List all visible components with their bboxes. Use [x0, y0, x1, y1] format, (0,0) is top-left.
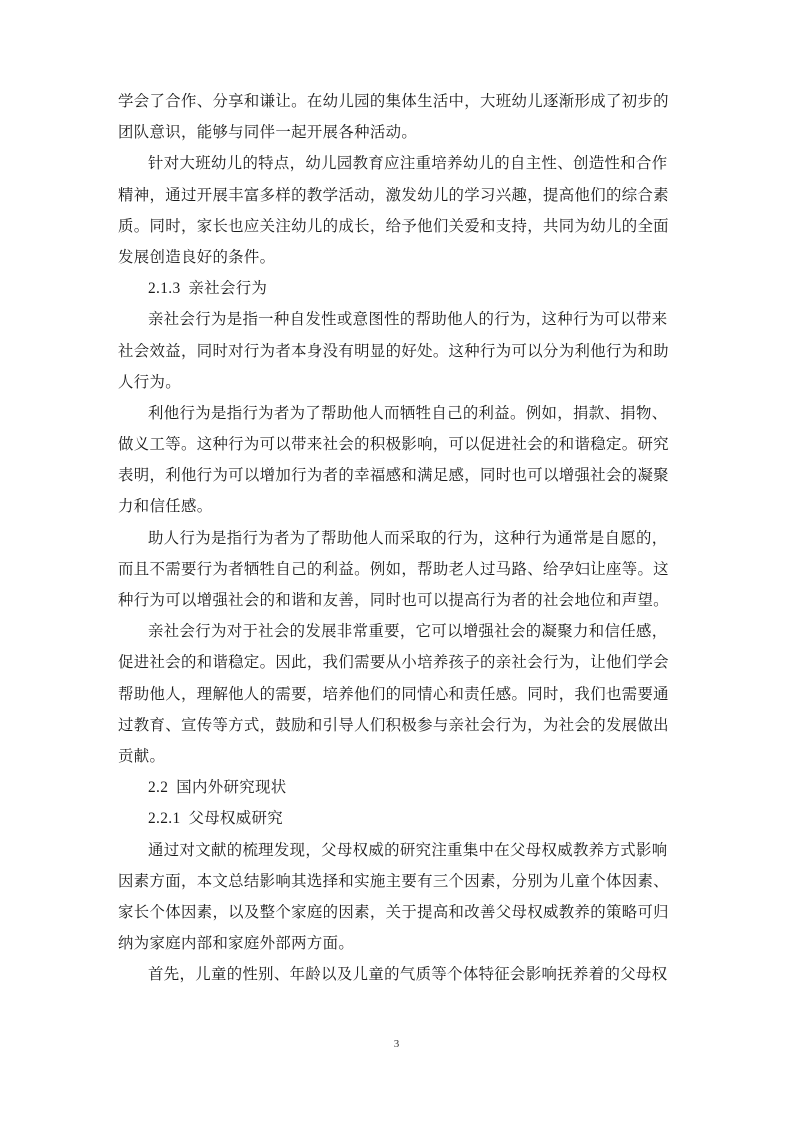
line-21: 贡献。: [118, 741, 678, 772]
line-7: 亲社会行为是指一种自发性或意图性的帮助他人的行为，这种行为可以带来: [118, 304, 678, 335]
section-heading-2-2-1: 2.2.1父母权威研究: [118, 803, 678, 834]
line-0: 学会了合作、分享和谦让。在幼儿园的集体生活中，大班幼儿逐渐形成了初步的: [118, 86, 678, 117]
line-10: 利他行为是指行为者为了帮助他人而牺牲自己的利益。例如，捐款、捐物、: [118, 398, 678, 429]
line-9: 人行为。: [118, 367, 678, 398]
line-12: 表明，利他行为可以增加行为者的幸福感和满足感，同时也可以增强社会的凝聚: [118, 460, 678, 491]
line-18: 促进社会的和谐稳定。因此，我们需要从小培养孩子的亲社会行为，让他们学会: [118, 647, 678, 678]
line-26: 家长个体因素，以及整个家庭的因素，关于提高和改善父母权威教养的策略可归: [118, 897, 678, 928]
line-24: 通过对文献的梳理发现，父母权威的研究注重集中在父母权威教养方式影响: [118, 835, 678, 866]
line-27: 纳为家庭内部和家庭外部两方面。: [118, 928, 678, 959]
line-16: 种行为可以增强社会的和谐和友善，同时也可以提高行为者的社会地位和声望。: [118, 585, 678, 616]
line-5: 发展创造良好的条件。: [118, 242, 678, 273]
line-25: 因素方面，本文总结影响其选择和实施主要有三个因素，分别为儿童个体因素、: [118, 866, 678, 897]
section-title: 亲社会行为: [189, 279, 268, 297]
section-heading-2-1-3: 2.1.3亲社会行为: [118, 273, 678, 304]
line-15: 而且不需要行为者牺牲自己的利益。例如，帮助老人过马路、给孕妇让座等。这: [118, 554, 678, 585]
line-28: 首先，儿童的性别、年龄以及儿童的气质等个体特征会影响抚养着的父母权: [118, 959, 678, 990]
section-number: 2.2: [148, 779, 168, 796]
section-title: 国内外研究现状: [176, 778, 286, 796]
section-number: 2.1.3: [148, 280, 181, 297]
line-17: 亲社会行为对于社会的发展非常重要，它可以增强社会的凝聚力和信任感，: [118, 616, 678, 647]
line-4: 质。同时，家长也应关注幼儿的成长，给予他们关爱和支持，共同为幼儿的全面: [118, 211, 678, 242]
line-20: 过教育、宣传等方式，鼓励和引导人们积极参与亲社会行为，为社会的发展做出: [118, 710, 678, 741]
section-heading-2-2: 2.2国内外研究现状: [118, 772, 678, 803]
line-2: 针对大班幼儿的特点，幼儿园教育应注重培养幼儿的自主性、创造性和合作: [118, 148, 678, 179]
document-page: 学会了合作、分享和谦让。在幼儿园的集体生活中，大班幼儿逐渐形成了初步的 团队意识…: [118, 86, 678, 990]
line-3: 精神，通过开展丰富多样的教学活动，激发幼儿的学习兴趣，提高他们的综合素: [118, 180, 678, 211]
line-19: 帮助他人，理解他人的需要，培养他们的同情心和责任感。同时，我们也需要通: [118, 679, 678, 710]
section-title: 父母权威研究: [189, 809, 283, 827]
section-number: 2.2.1: [148, 810, 181, 827]
line-13: 力和信任感。: [118, 491, 678, 522]
line-8: 社会效益，同时对行为者本身没有明显的好处。这种行为可以分为利他行为和助: [118, 336, 678, 367]
line-1: 团队意识，能够与同伴一起开展各种活动。: [118, 117, 678, 148]
page-number: 3: [0, 1038, 793, 1050]
line-14: 助人行为是指行为者为了帮助他人而采取的行为，这种行为通常是自愿的，: [118, 523, 678, 554]
line-11: 做义工等。这种行为可以带来社会的积极影响，可以促进社会的和谐稳定。研究: [118, 429, 678, 460]
